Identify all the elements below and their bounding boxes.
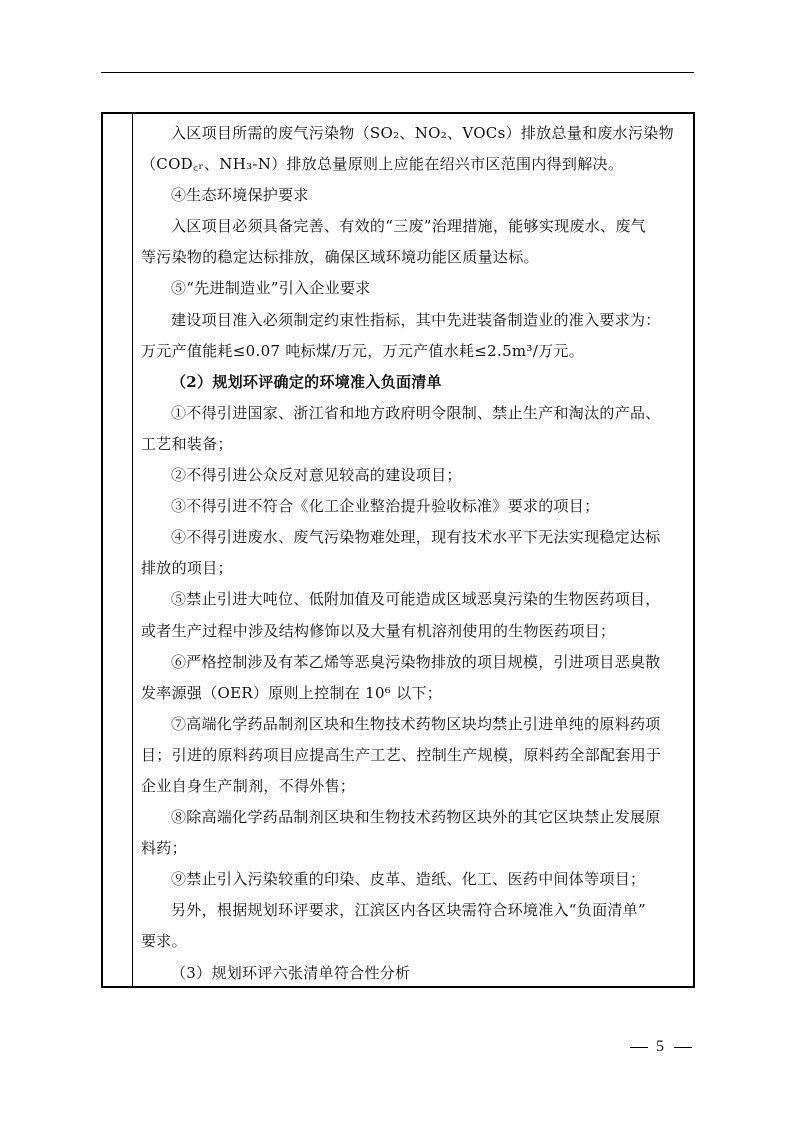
paragraph-line: 建设项目准入必须制定约束性指标，其中先进装备制造业的准入要求为： [141,305,689,336]
item-heading: ⑤“先进制造业”引入企业要求 [141,273,689,304]
section-heading: （2）规划环评确定的环境准入负面清单 [141,367,689,398]
header-rule [101,72,694,73]
paragraph-line: 入区项目必须具备完善、有效的“三废”治理措施，能够实现废水、废气 [141,211,689,242]
list-item-line: ⑥严格控制涉及有苯乙烯等恶臭污染物排放的项目规模，引进项目恶臭散 [141,647,689,678]
paragraph-line: 另外，根据规划环评要求，江滨区内各区块需符合环境准入“负面清单” [141,895,689,926]
paragraph-line: 万元产值能耗≤0.07 吨标煤/万元，万元产值水耗≤2.5m³/万元。 [141,336,689,367]
section-heading: （3）规划环评六张清单符合性分析 [141,958,689,989]
list-item-line: 料药； [141,833,689,864]
dash-right [674,1047,692,1048]
paragraph-line: 入区项目所需的废气污染物（SO₂、NO₂、VOCs）排放总量和废水污染物 [141,118,689,149]
list-item-line: ⑧除高端化学药品制剂区块和生物技术药物区块外的其它区块禁止发展原 [141,802,689,833]
list-item-line: 排放的项目； [141,553,689,584]
document-table: 入区项目所需的废气污染物（SO₂、NO₂、VOCs）排放总量和废水污染物 （CO… [101,112,695,988]
item-heading: ④生态环境保护要求 [141,180,689,211]
list-item-line: ⑦高端化学药品制剂区块和生物技术药物区块均禁止引进单纯的原料药项 [141,709,689,740]
table-content-cell: 入区项目所需的废气污染物（SO₂、NO₂、VOCs）排放总量和废水污染物 （CO… [141,118,689,989]
list-item-line: ④不得引进废水、废气污染物难处理，现有技术水平下无法实现稳定达标 [141,522,689,553]
list-item-line: ①不得引进国家、浙江省和地方政府明令限制、禁止生产和淘汰的产品、 [141,398,689,429]
list-item-line: 或者生产过程中涉及结构修饰以及大量有机溶剂使用的生物医药项目； [141,616,689,647]
list-item-line: ⑤禁止引进大吨位、低附加值及可能造成区域恶臭污染的生物医药项目， [141,584,689,615]
list-item-line: 工艺和装备； [141,429,689,460]
list-item-line: 目；引进的原料药项目应提高生产工艺、控制生产规模，原料药全部配套用于 [141,740,689,771]
page-number: 5 [656,1038,666,1055]
list-item-line: 企业自身生产制剂，不得外售； [141,771,689,802]
list-item-line: ②不得引进公众反对意见较高的建设项目； [141,460,689,491]
page-number-footer: 5 [622,1038,700,1056]
paragraph-line: （COD꜀ᵣ、NH₃-N）排放总量原则上应能在绍兴市区范围内得到解决。 [141,149,689,180]
dash-left [630,1047,648,1048]
paragraph-line: 等污染物的稳定达标排放，确保区域环境功能区质量达标。 [141,242,689,273]
list-item-line: ③不得引进不符合《化工企业整治提升验收标准》要求的项目； [141,491,689,522]
paragraph-line: 要求。 [141,926,689,957]
list-item-line: ⑨禁止引入污染较重的印染、皮革、造纸、化工、医药中间体等项目； [141,864,689,895]
list-item-line: 发率源强（OER）原则上控制在 10⁶ 以下； [141,678,689,709]
table-left-column [103,114,133,986]
